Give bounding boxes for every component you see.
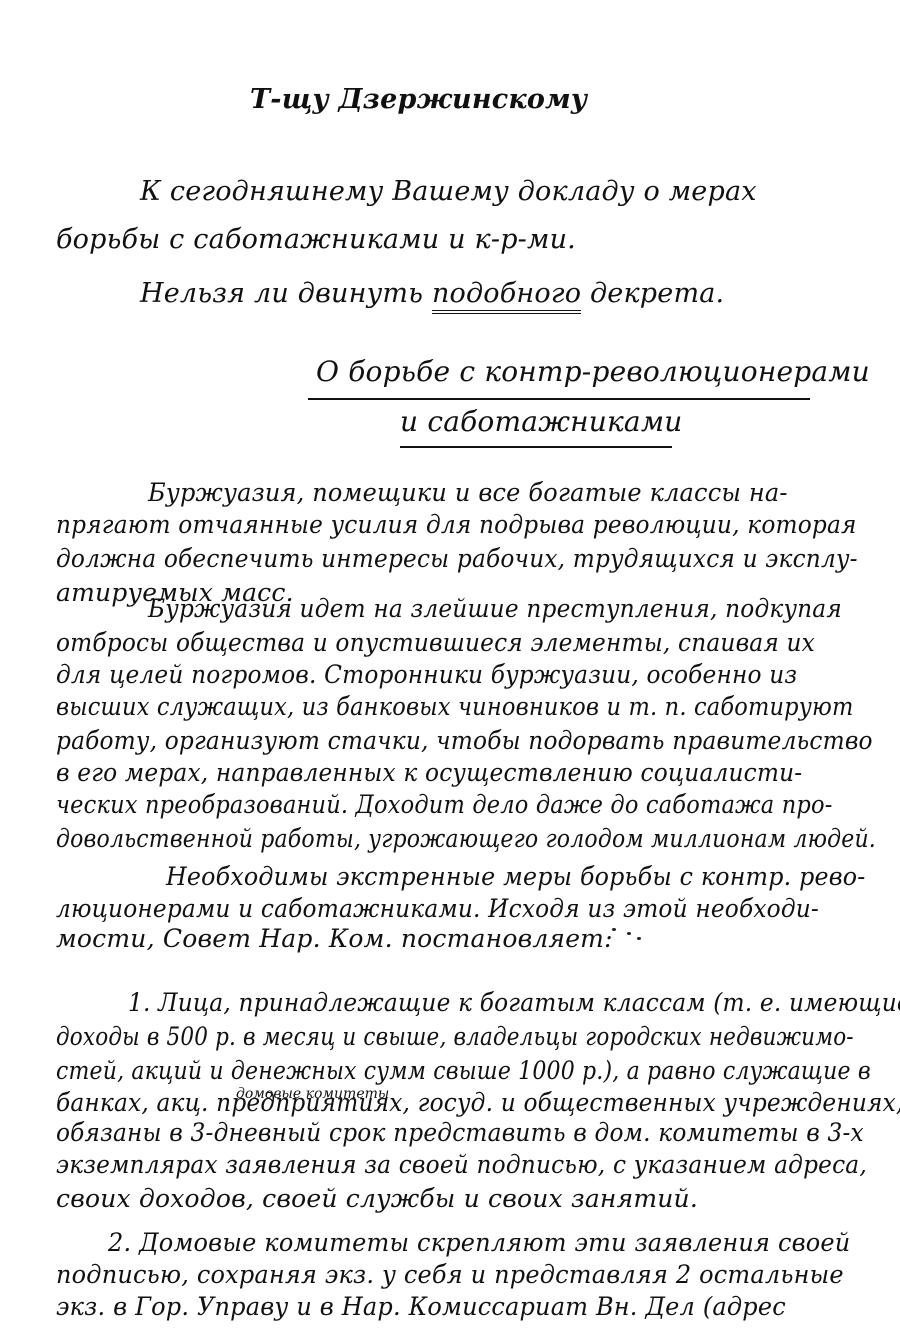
ink-speck xyxy=(612,928,616,931)
manuscript-line: Буржуазия, помещики и все богатые классы… xyxy=(148,480,788,505)
manuscript-line: своих доходов, своей службы и своих заня… xyxy=(56,1186,698,1211)
manuscript-line: экз. в Гор. Управу и в Нар. Комиссариат … xyxy=(56,1294,786,1319)
cover-note-line: К сегодняшнему Вашему докладу о мерах xyxy=(140,178,757,205)
manuscript-line: подписью, сохраняя экз. у себя и предста… xyxy=(56,1262,844,1287)
manuscript-line: стей, акций и денежных сумм свыше 1000 р… xyxy=(56,1058,871,1083)
manuscript-line: 1. Лица, принадлежащие к богатым классам… xyxy=(128,990,900,1015)
manuscript-line: в его мерах, направленных к осуществлени… xyxy=(56,760,802,785)
underlined-word: подобного xyxy=(432,278,581,314)
manuscript-line: мости, Совет Нар. Ком. постановляет: xyxy=(56,926,613,951)
manuscript-line: обязаны в 3-дневный срок представить в д… xyxy=(56,1120,864,1145)
interlinear-insertion: домовые комитеты xyxy=(236,1086,389,1102)
addressee: Т-щу Дзержинскому xyxy=(250,86,587,113)
document-title-line-2: и саботажниками xyxy=(400,408,682,436)
manuscript-line: ческих преобразований. Доходит дело даже… xyxy=(56,792,833,817)
title-underline xyxy=(400,446,672,448)
manuscript-line: 2. Домовые комитеты скрепляют эти заявле… xyxy=(108,1230,850,1255)
cover-note-end: декрета. xyxy=(590,278,724,309)
manuscript-line: экземплярах заявления за своей подписью,… xyxy=(56,1152,867,1177)
manuscript-line: высших служащих, из банковых чиновников … xyxy=(56,694,854,719)
cover-note-line: Нельзя ли двинуть подобного декрета. xyxy=(140,280,724,307)
manuscript-line: банках, акц. предприятиях, госуд. и обще… xyxy=(56,1090,900,1115)
manuscript-line: прягают отчаянные усилия для подрыва рев… xyxy=(56,512,857,537)
ink-speck xyxy=(627,932,631,935)
manuscript-page: Т-щу Дзержинскому К сегодняшнему Вашему … xyxy=(0,0,900,1341)
cover-note-line: борьбы с саботажниками и к-р-ми. xyxy=(56,226,576,253)
manuscript-line: для целей погромов. Сторонники буржуазии… xyxy=(56,662,797,687)
manuscript-line: отбросы общества и опустившиеся элементы… xyxy=(56,630,815,655)
manuscript-line: Буржуазия идет на злейшие преступления, … xyxy=(148,596,842,621)
ink-speck xyxy=(637,937,641,940)
manuscript-line: доходы в 500 р. в месяц и свыше, владель… xyxy=(56,1024,854,1049)
cover-note-text: Нельзя ли двинуть xyxy=(140,278,423,309)
manuscript-line: работу, организуют стачки, чтобы подорва… xyxy=(56,728,873,753)
document-title-line-1: О борьбе с контр-революционерами xyxy=(316,358,870,386)
manuscript-line: люционерами и саботажниками. Исходя из э… xyxy=(56,896,819,921)
manuscript-line: должна обеспечить интересы рабочих, труд… xyxy=(56,546,858,571)
title-underline xyxy=(308,398,810,400)
manuscript-line: Необходимы экстренные меры борьбы с конт… xyxy=(166,864,865,889)
manuscript-line: довольственной работы, угрожающего голод… xyxy=(56,826,876,851)
